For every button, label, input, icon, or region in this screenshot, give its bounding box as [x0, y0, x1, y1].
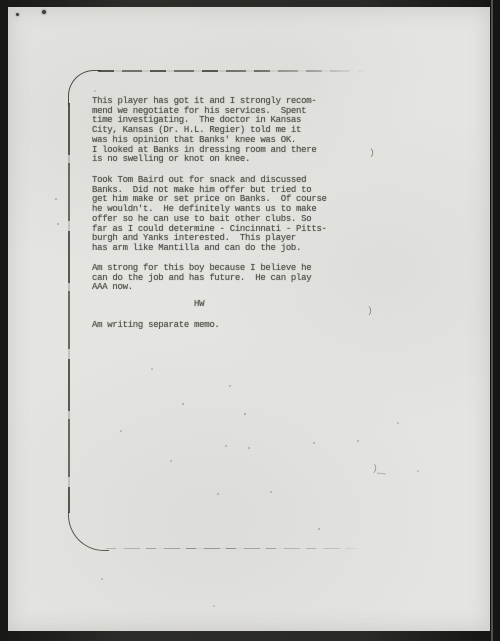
scanned-memo-photo: This player has got it and I strongly re…	[0, 0, 500, 641]
memo-postscript: Am writing separate memo.	[92, 321, 220, 331]
margin-paren-mark: )	[367, 306, 373, 316]
signature-initials: HW	[194, 300, 204, 310]
margin-mark-tail	[377, 473, 386, 475]
memo-page: This player has got it and I strongly re…	[8, 7, 490, 631]
crop-frame-top-line	[98, 70, 366, 72]
memo-paragraph-1: This player has got it and I strongly re…	[92, 97, 316, 165]
photo-edge-seam	[491, 0, 493, 641]
punch-dot	[42, 10, 46, 14]
punch-dot	[16, 13, 19, 16]
crop-frame-left-line	[68, 103, 70, 513]
memo-paragraph-3: Am strong for this boy because I believe…	[92, 264, 311, 293]
crop-frame-bottom-line	[106, 548, 364, 549]
crop-frame-corner-bottom-left	[68, 512, 109, 551]
memo-paragraph-2: Took Tom Baird out for snack and discuss…	[92, 176, 327, 254]
margin-paren-mark: )	[369, 148, 375, 158]
scan-noise-specks	[8, 7, 10, 9]
